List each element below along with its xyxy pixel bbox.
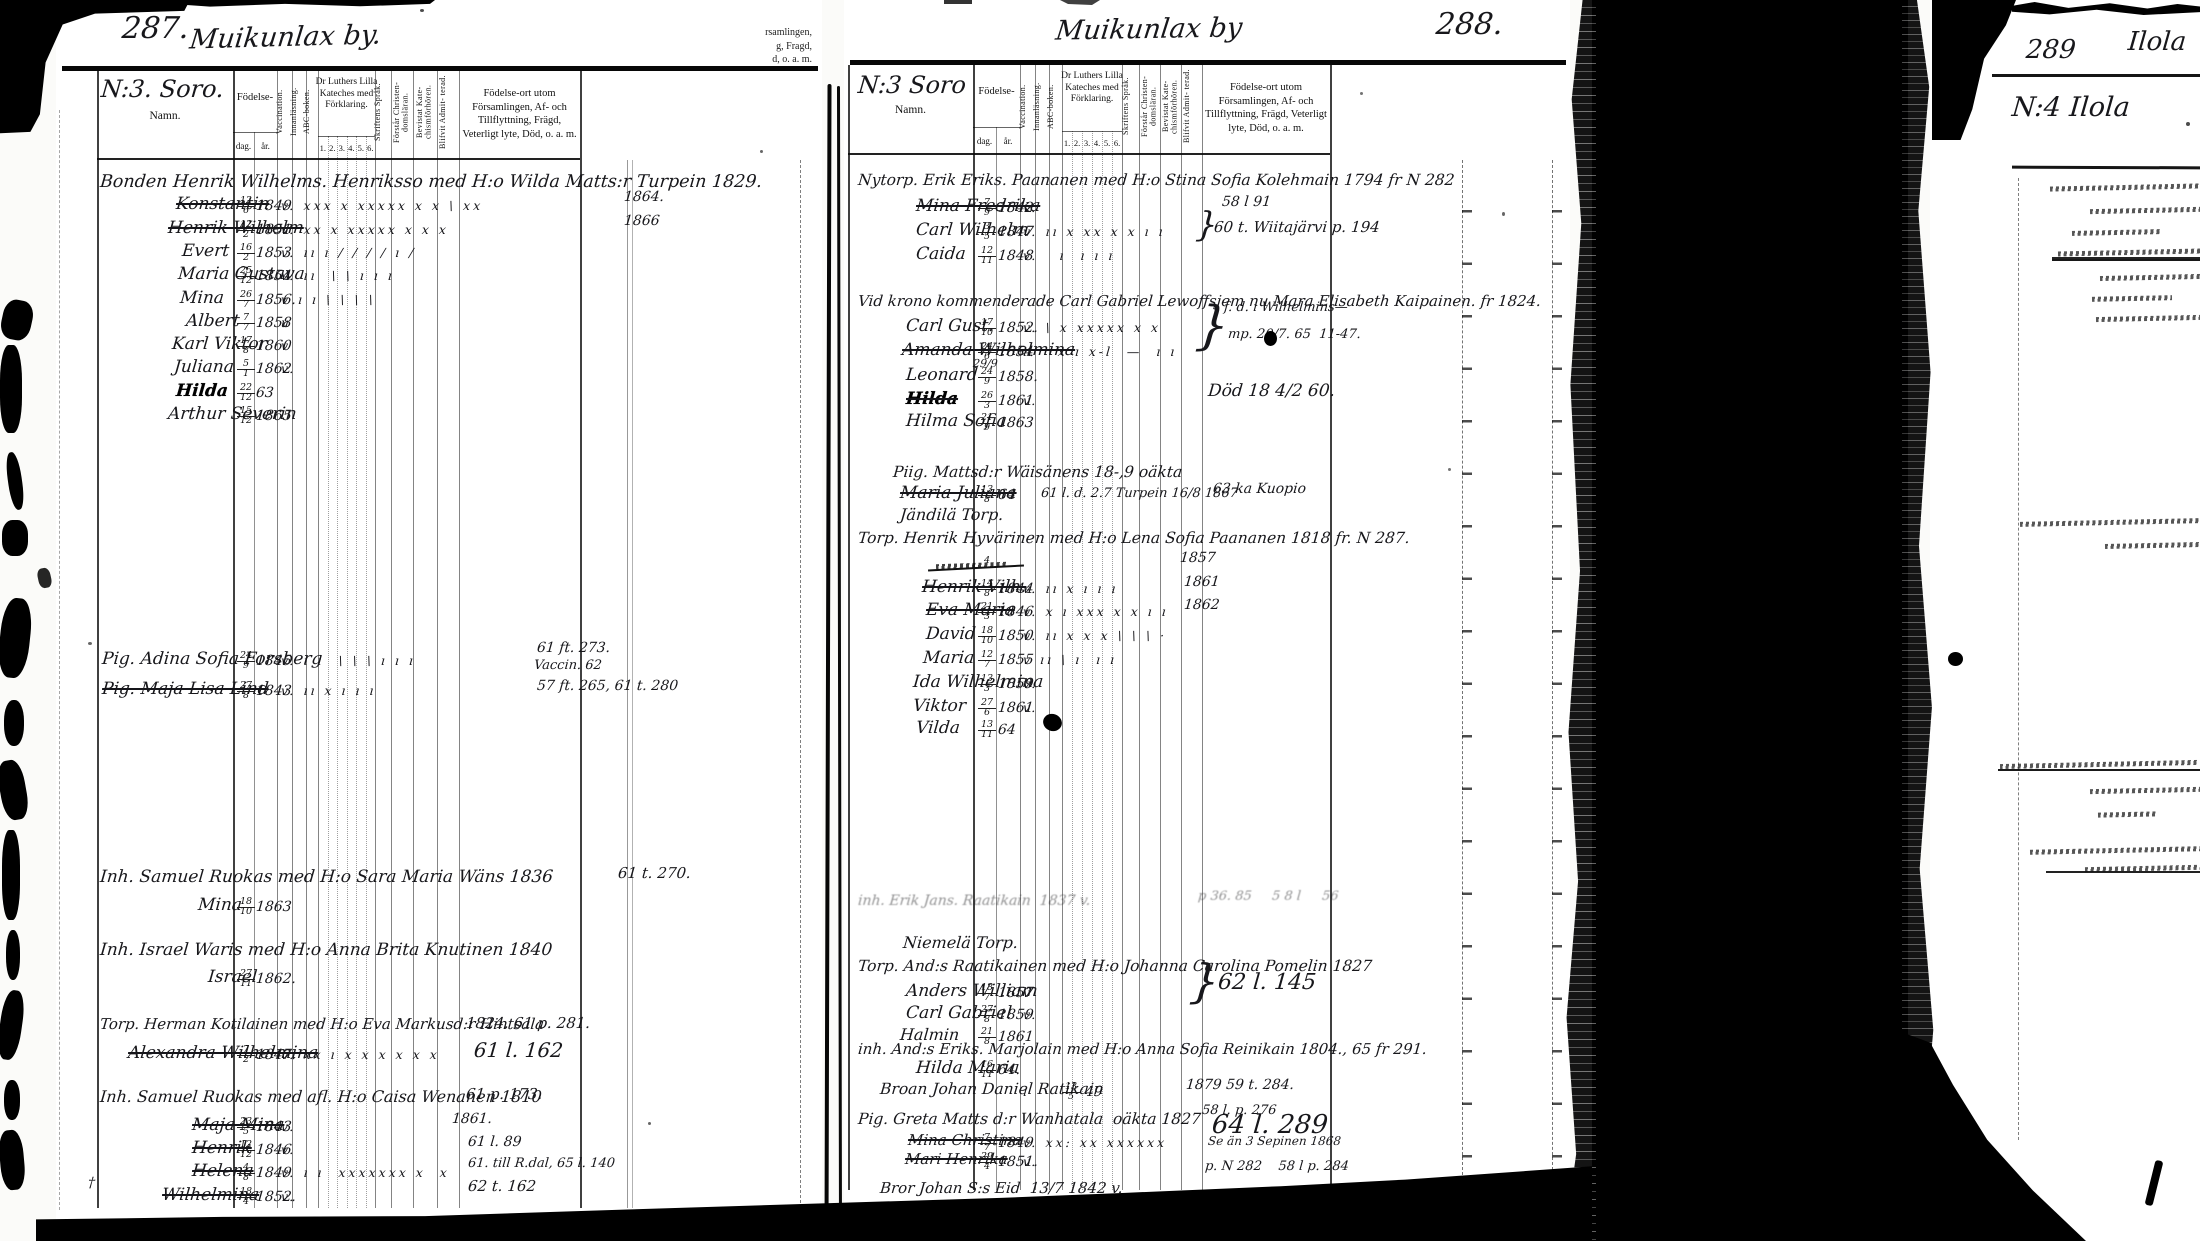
entry-head: Inh. Israel Waris med H:o Anna Brita Knu… [99,941,553,961]
margin-annotation: Vaccin. 62 [533,659,602,672]
abc-book-column-header: ABC-boken. [1047,65,1065,148]
skill-marks: u [280,316,292,330]
birth-date-fraction: 162 [237,244,255,263]
margin-annotation: 56 [1321,890,1339,903]
admitted-column-header: Blifvit Admit- terad. [439,71,457,153]
scripture-language-column-header: Skriftens Språk. [1122,65,1140,148]
skill-marks: v. ıı x x x \ \ \ · [1022,629,1167,643]
skill-marks: v. ıı x xx x x ı ı [1022,225,1166,239]
birth-month: 6 [978,709,996,718]
entry-head: inh. And:s Eriks. Marjolain med H:o Anna… [857,1041,1427,1058]
birth-date-fraction: 178 [237,337,255,356]
margin-header-line: g, Fragd, [688,40,812,54]
birth-date-fraction: 187 [978,984,996,1003]
village-title-287: Muikunlax by. [188,20,383,56]
birth-day: 4 [978,557,996,566]
header-bottom-rule [848,153,1330,155]
attended-examinations-column-header: Bevistat Kate- chismförhören. [416,71,434,153]
attended-examinations-column-header: Bevistat Kate- chismförhören. [1162,65,1180,148]
admitted-column-header: Blifvit Admit- terad. [1183,65,1201,148]
margin-annotation: mp. 20/7. 65 11-47. [1227,328,1361,341]
birth-date-fraction: 249 [237,652,255,671]
birth-date-fraction: 278 [978,1006,996,1025]
notes-column-header: Födelse-ort utom Församlingen, Af- och T… [1205,81,1327,135]
column-rule [233,71,235,1208]
household-number-288: N:3 Soro [857,72,967,100]
birth-date-fraction: 219 [978,414,996,433]
skill-marks: v. ı ı \ \ \ ı ı ı [280,654,416,668]
birth-date-fraction: 138 [978,486,996,505]
birth-date-fraction: 1212 [237,1141,255,1160]
skill-marks: v. [280,1120,297,1134]
margin-annotation: 62 l. 145 [1217,972,1317,994]
margin-rule-dashed [800,160,801,1208]
margin-annotation: Se än 3 Sepinen 1868 [1207,1135,1341,1147]
margin-annotation: 1861 [1183,575,1220,589]
household-number-287: N:3. Soro. [100,76,225,104]
birth-month: 12 [237,1151,255,1160]
person-name: Hilda [175,382,229,402]
birth-month: 8 [237,347,255,356]
skill-marks: v. xx: xx xxxxxx [1022,1136,1167,1150]
margin-annotation: 58 l 91 [1221,195,1271,209]
catechism-sub-rule [1062,131,1122,132]
entry-head: Bror Johan S:s Eid 13/7 1842 v. [879,1180,1123,1197]
birth-date-fraction: 276 [978,699,996,718]
person-name: Hilda [905,390,959,410]
person-name: Juliana [173,358,235,378]
birth-date-fraction: 2512 [237,267,255,286]
skill-marks: v. xxx x xxxxx x x \ xx [280,199,483,213]
skill-marks: v [280,339,291,353]
margin-annotation: 61 t. 270. [617,866,691,881]
skill-marks: v [1022,986,1033,1000]
birth-month: 1 [237,370,255,379]
abc-book-column-header: ABC-boken. [303,71,321,153]
birth-year: 1863 [255,899,292,915]
birth-year: 63 [255,385,274,401]
person-name: Mina [179,289,225,309]
farm-label: Niemelä Torp. [902,934,1019,952]
column-rule [375,71,376,1208]
page-number-288: 288. [1434,8,1504,43]
skill-marks: ı · · [1022,1085,1072,1099]
birth-date-fraction: 35 [978,223,996,242]
margin-rule-ticked [1462,160,1472,1185]
birth-month: 7 [237,301,255,310]
scribble-underline [2052,259,2200,261]
birth-month: 10 [978,637,996,646]
birth-date-fraction: 133 [978,675,996,694]
birth-date-fraction: 1810 [978,627,996,646]
skill-marks: v ı ı \ \ \ \ [280,293,376,307]
birth-year: 1862. [255,971,297,987]
skill-marks: v. ıı x ı ı ı [280,684,377,698]
margin-annotation: 61 p. 173. [465,1087,543,1102]
birth-month: 9 [978,209,996,218]
birth-month: 5 [978,233,996,242]
skill-marks: v. x ı xxx x x ı ı [1022,605,1169,619]
birth-month: 10 [237,908,255,917]
skill-marks: v. ıı \ \ ı ı ı [280,269,395,283]
margin-header-line: d, o. a. m. [688,53,812,67]
margin-annotation: f. d. i Wilhelmins— [1223,301,1348,314]
margin-annotation: } [1188,958,1221,1004]
skill-marks: v. \ x xxxxx x x [1022,321,1161,335]
day-year-divider [996,127,997,1190]
skill-marks: v. [280,1190,297,1204]
birth-month: 5 [237,1128,255,1137]
margin-annotation: 61 ft. 273. [536,641,610,655]
birth-month: 3 [978,613,996,622]
page-289-margin-rule [2018,178,2019,1140]
birth-date-fraction: 1311 [978,721,996,740]
page-top-rule [850,60,1566,65]
birth-month: 2 [237,254,255,263]
person-name: Mina [197,896,243,916]
margin-annotation: p. N 282 58 l p. 284 [1204,1160,1349,1173]
birth-month: 11 [978,1071,996,1080]
skill-marks: v. [1022,1008,1039,1022]
birth-month: 3 [978,685,996,694]
birth-month: 7 [237,324,255,333]
column-rule [391,71,392,1208]
margin-annotation: 1866 [623,214,660,228]
birth-date-fraction: 51 [237,360,255,379]
skill-marks: v. [280,1143,297,1157]
birth-date-fraction: 184 [237,1188,255,1207]
village-title-288: Muikunlax by [1054,12,1244,46]
birth-date-fraction: 1211 [978,247,996,266]
birth-date-fraction: 48 [237,1164,255,1183]
birth-month: 9 [978,424,996,433]
person-name: Albert [185,312,240,332]
column-rule [437,71,438,1208]
birth-month: 9 [978,378,996,387]
birth-date-fraction: 122 [237,221,255,240]
birth-date-fraction: 126 [237,197,255,216]
skill-marks: v. xx x xxxxx x x x [280,223,449,237]
birth-sub-rule [973,127,1020,128]
birth-date-fraction: 148 [978,580,996,599]
birth-date-fraction: 294 [978,1153,996,1172]
birth-date-fraction: 77 [237,314,255,333]
margin-annotation: 62 t. 162 [467,1179,536,1194]
margin-rule-ticked [1552,160,1562,1185]
skill-marks: v. [280,362,297,376]
birth-year-header: år. [995,136,1021,147]
birth-date-fraction: 4 [978,557,996,566]
skill-marks: v. [1022,1155,1039,1169]
person-name: Leonard [905,366,978,386]
birth-year: 1863 [997,415,1034,431]
birth-date-fraction: 1710 [978,319,996,338]
column-rule [97,71,99,1208]
margin-header-fragment-clip: rsamlingen,g, Fragd,d, o. a. m. [688,26,814,72]
birth-date-fraction: 1810 [237,898,255,917]
person-name: Evert [181,242,230,262]
margin-annotation: 1879 59 t. 284. [1185,1078,1294,1092]
birth-date-fraction: 235 [237,1118,255,1137]
name-column-header: Namn. [866,104,956,118]
skill-marks: v ıı \ ı ı ı [1022,653,1117,667]
entry-head: Pig. Greta Matts d:r Wanhatala oäkta 182… [857,1111,1201,1129]
birth-date-fraction: 263 [978,392,996,411]
column-rule [413,71,414,1208]
column-rule [459,71,460,1208]
person-name: Viktor [912,697,967,717]
birth-month: 7 [978,994,996,1003]
person-name: Vilda [915,719,961,739]
birth-date-fraction: 72 [237,1046,255,1065]
margin-annotation: 29/9 [973,358,999,369]
birth-month: 8 [237,692,255,701]
birth-date-fraction: 278 [237,682,255,701]
birth-month: 12 [237,417,255,426]
notes-column-header: Födelse-ort utom Församlingen, Af- och T… [462,87,577,141]
birth-month: 10 [978,329,996,338]
birth-year: 64 [997,722,1016,738]
inline-note: 61 l. d. 2.7 Turpein 16/8 1867 [1040,487,1238,502]
birth-year: 1865 [255,408,292,424]
birth-day-header: dag. [972,136,998,147]
birth-year-header: år. [253,141,279,152]
skill-marks: v. [1022,677,1039,691]
farm-label: Jändilä Torp. [899,506,1004,524]
name-column-header: Namn. [120,110,210,124]
village-title-fragment-289: Ilola [2127,28,2188,58]
birth-month: 2 [237,1056,255,1065]
margin-annotation: 57 ft. 265, 61 t. 280 [536,679,678,693]
entry-head: Inh. Samuel Ruokas med H:o Sara Maria Wä… [99,868,554,888]
birth-date-fraction: 1611 [978,1061,996,1080]
understands-christianity-column-header: Förstår Christen- domsläran. [1141,65,1159,148]
birth-month: 11 [978,731,996,740]
scripture-language-column-header: Skriftens Språk. [374,71,392,153]
column-rule [848,65,850,1190]
margin-annotation: 1864. [623,190,664,204]
page-number-289: 289 [2025,36,2077,66]
margin-annotation: 1862 [1183,598,1220,612]
birth-date-fraction: 2212 [237,384,255,403]
birth-year: 64. [997,1062,1021,1078]
skill-marks: v. xx ı x x x x x x [280,1048,440,1062]
margin-annotation: 1861. [451,1112,492,1126]
birth-month: 8 [237,1174,255,1183]
microfilm-scan: 287. Muikunlax by. N:3. Soro. Muikunlax … [0,0,2200,1241]
column-rule [1181,65,1182,1190]
margin-annotation: † [87,1176,95,1190]
birth-month: 7 [978,661,996,670]
header-bottom-rule [97,158,580,160]
margin-annotation: 60 t. Wiitajärvi p. 194 [1213,220,1380,235]
person-name: Caida [915,245,966,265]
entry-head: Piig. Mattsd:r Wäisänens 18-,9 oäkta [892,464,1183,482]
catechism-sub-rule [318,136,375,137]
column-rule [306,71,307,1208]
margin-annotation: 5 8 l [1271,890,1301,903]
margin-annotation: 61 l. 89 [467,1135,522,1149]
birth-date-fraction: 2711 [237,970,255,989]
birth-month: 4 [237,1198,255,1207]
margin-annotation: 1824. 61 p. 281. [465,1016,590,1031]
column-rule [277,71,278,1208]
birth-year: 1858. [997,369,1039,385]
page-289-top-rule [1992,74,2200,77]
margin-annotation: Död 18 4/2 60. [1207,383,1335,400]
birth-date-fraction: 213 [978,603,996,622]
skill-marks: v. [1022,394,1039,408]
column-rule [318,71,319,1208]
person-name: Maria [922,649,975,669]
birth-date-fraction: 267 [237,291,255,310]
column-rule [292,71,293,1208]
entry-head: Nytorp. Erik Eriks. Paananen med H:o Sti… [857,172,1455,190]
skill-marks: v. ıı ı / / / / ı / [280,246,417,260]
margin-header-line: rsamlingen, [688,26,812,40]
birth-month: 11 [237,980,255,989]
skill-marks: v. [1022,201,1039,215]
birth-date-fraction: 127 [978,651,996,670]
entry-head: Torp. Henrik Hyvärinen med H:o Lena Sofi… [857,530,1410,548]
birth-month: 8 [978,496,996,505]
birth-month: 9 [237,662,255,671]
birth-sub-rule [233,132,277,133]
skill-marks: v. ıı x ı ı ı [1022,582,1119,596]
birth-month: 6 [237,207,255,216]
skill-marks: v. [1022,701,1039,715]
page-number-287: 287. [120,12,190,47]
birth-month: 4 [978,1163,996,1172]
birth-date-fraction: 249 [978,368,996,387]
margin-annotation: p 36. 85 [1197,890,1252,903]
margin-annotation: 1857 [1179,551,1216,565]
person-name: David [925,625,976,645]
skill-marks: ı. x ı x-l — ı ı [1022,345,1178,359]
birth-year: 64 [997,487,1016,503]
birth-month: 8 [978,1016,996,1025]
understands-christianity-column-header: Förstår Christen- domsläran. [393,71,411,153]
entry-head: inh. Erik Jans. Raatikain 1837 v. [857,893,1091,909]
skill-marks: v. ı ı ı ı [1022,249,1116,263]
birth-date-fraction: 79 [978,199,996,218]
birth-month: 8 [978,590,996,599]
birth-month: 11 [978,257,996,266]
birth-date-fraction: 1512 [237,407,255,426]
birth-month: 12 [237,277,255,286]
skill-marks: v. ı ı xxxxxxx x x [280,1166,450,1180]
birth-year: 49 [1084,1084,1103,1100]
birth-month: 3 [978,402,996,411]
birth-month: 2 [237,231,255,240]
birth-month: 12 [237,394,255,403]
page-289-mid-rule [1998,769,2200,771]
margin-annotation: 61. till R.dal, 65 l. 140 [467,1157,615,1170]
margin-header-fragment: rsamlingen,g, Fragd,d, o. a. m. [688,26,812,67]
margin-annotation: 63 ka Kuopio [1212,482,1306,496]
margin-annotation: 61 l. 162 [473,1040,564,1060]
household-number-289: N:4 Ilola [2011,92,2132,123]
